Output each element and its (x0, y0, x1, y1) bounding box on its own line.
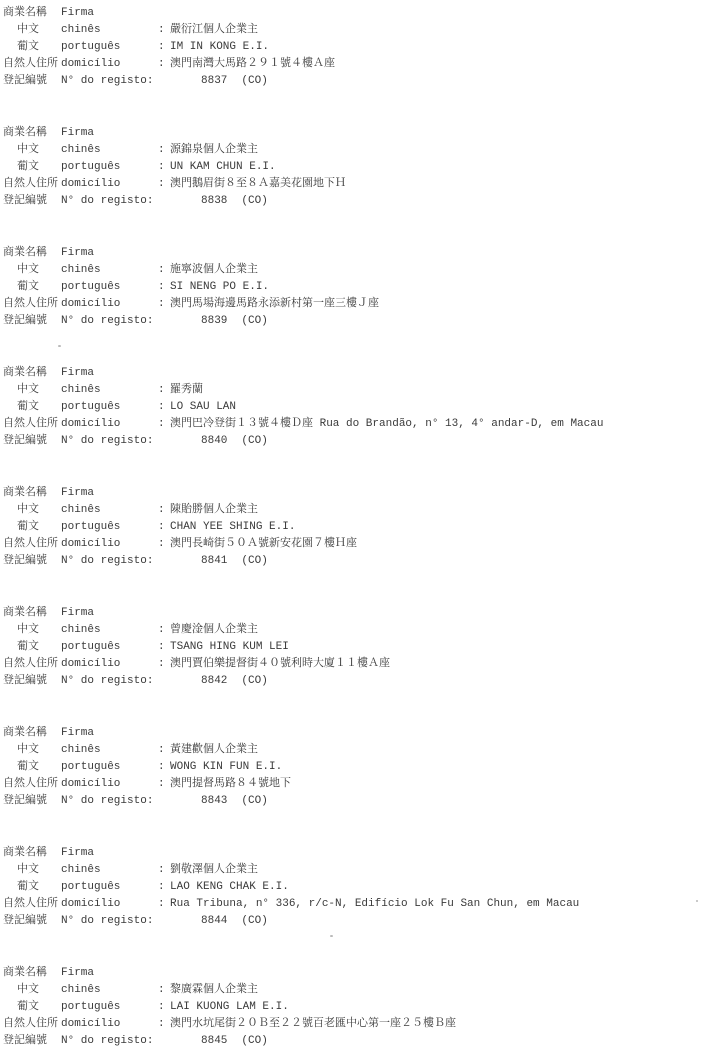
portuguese-label-zh: 葡文 (3, 159, 61, 176)
registration-label-pt: N° do registo: (61, 193, 171, 210)
registration-number: 8838 (201, 193, 227, 210)
chinese-name-value: 陳貽勝個人企業主 (170, 502, 717, 519)
domicile-label-zh: 自然人住所 (3, 896, 61, 913)
registration-line: 登記編號 N° do registo: 8844 (CO) (3, 913, 717, 930)
registry-record: 商業名稱 Firma 中文 chinês : 黎廣霖個人企業主 葡文 portu… (3, 965, 717, 1047)
domicile-label-zh: 自然人住所 (3, 536, 61, 553)
chinese-name-line: 中文 chinês : 黎廣霖個人企業主 (3, 982, 717, 999)
portuguese-name-line: 葡文 português : TSANG HING KUM LEI (3, 639, 717, 656)
scan-artifact (696, 900, 698, 902)
domicile-value: 澳門鵝眉街８至８Ａ嘉美花園地下Ｈ (170, 176, 717, 193)
registration-label-pt: N° do registo: (61, 913, 171, 930)
colon-separator: : (158, 502, 170, 519)
domicile-label-pt: domicílio (61, 896, 158, 913)
portuguese-label-pt: português (61, 879, 158, 896)
domicile-value: Rua Tribuna, n° 336, r/c-N, Edifício Lok… (170, 896, 717, 913)
chinese-name-value: 嚴衍江個人企業主 (170, 22, 717, 39)
colon-separator: : (158, 382, 170, 399)
business-name-line: 商業名稱 Firma (3, 125, 717, 142)
business-name-label-zh: 商業名稱 (3, 245, 61, 262)
chinese-label-zh: 中文 (3, 742, 61, 759)
registry-record: 商業名稱 Firma 中文 chinês : 施寧波個人企業主 葡文 portu… (3, 245, 717, 330)
business-name-label-zh: 商業名稱 (3, 365, 61, 382)
domicile-line: 自然人住所 domicílio : 澳門提督馬路８４號地下 (3, 776, 717, 793)
domicile-label-zh: 自然人住所 (3, 776, 61, 793)
colon-separator: : (158, 416, 170, 433)
chinese-name-value: 曾慶淦個人企業主 (170, 622, 717, 639)
registration-line: 登記編號 N° do registo: 8841 (CO) (3, 553, 717, 570)
domicile-line: 自然人住所 domicílio : 澳門賈伯樂提督街４０號利時大廈１１樓Ａ座 (3, 656, 717, 673)
colon-separator: : (158, 879, 170, 896)
colon-separator: : (158, 622, 170, 639)
colon-separator: : (158, 656, 170, 673)
portuguese-label-pt: português (61, 519, 158, 536)
domicile-value: 澳門長崎街５０Ａ號新安花園７樓Ｈ座 (170, 536, 717, 553)
chinese-label-zh: 中文 (3, 142, 61, 159)
portuguese-label-zh: 葡文 (3, 279, 61, 296)
portuguese-label-pt: português (61, 399, 158, 416)
chinese-name-line: 中文 chinês : 羅秀蘭 (3, 382, 717, 399)
domicile-label-pt: domicílio (61, 656, 158, 673)
chinese-label-zh: 中文 (3, 382, 61, 399)
domicile-label-pt: domicílio (61, 776, 158, 793)
business-name-label-zh: 商業名稱 (3, 605, 61, 622)
chinese-name-line: 中文 chinês : 黃建歡個人企業主 (3, 742, 717, 759)
domicile-value: 澳門提督馬路８４號地下 (170, 776, 717, 793)
domicile-line: 自然人住所 domicílio : 澳門南灣大馬路２９１號４樓Ａ座 (3, 56, 717, 73)
registration-suffix: (CO) (241, 1033, 267, 1047)
chinese-label-pt: chinês (61, 622, 158, 639)
domicile-value: 澳門馬場海邊馬路永添新村第一座三樓Ｊ座 (170, 296, 717, 313)
business-name-label-pt: Firma (61, 605, 158, 622)
portuguese-label-zh: 葡文 (3, 759, 61, 776)
chinese-name-line: 中文 chinês : 源錦泉個人企業主 (3, 142, 717, 159)
registration-number: 8841 (201, 553, 227, 570)
portuguese-label-pt: português (61, 279, 158, 296)
registry-record: 商業名稱 Firma 中文 chinês : 源錦泉個人企業主 葡文 portu… (3, 125, 717, 210)
registration-line: 登記編號 N° do registo: 8845 (CO) (3, 1033, 717, 1047)
registration-label-pt: N° do registo: (61, 673, 171, 690)
chinese-label-pt: chinês (61, 22, 158, 39)
domicile-label-pt: domicílio (61, 536, 158, 553)
registration-suffix: (CO) (241, 553, 267, 570)
registration-label-zh: 登記編號 (3, 73, 61, 90)
chinese-label-zh: 中文 (3, 862, 61, 879)
domicile-line: 自然人住所 domicílio : 澳門馬場海邊馬路永添新村第一座三樓Ｊ座 (3, 296, 717, 313)
colon-separator: : (158, 982, 170, 999)
chinese-label-pt: chinês (61, 262, 158, 279)
registration-line: 登記編號 N° do registo: 8837 (CO) (3, 73, 717, 90)
chinese-name-value: 黃建歡個人企業主 (170, 742, 717, 759)
scan-artifact (330, 935, 333, 937)
domicile-label-pt: domicílio (61, 1016, 158, 1033)
registry-record: 商業名稱 Firma 中文 chinês : 陳貽勝個人企業主 葡文 portu… (3, 485, 717, 570)
domicile-label-pt: domicílio (61, 296, 158, 313)
colon-separator: : (158, 39, 170, 56)
chinese-name-line: 中文 chinês : 曾慶淦個人企業主 (3, 622, 717, 639)
registration-number: 8845 (201, 1033, 227, 1047)
business-name-label-pt: Firma (61, 725, 158, 742)
chinese-name-value: 黎廣霖個人企業主 (170, 982, 717, 999)
business-name-line: 商業名稱 Firma (3, 965, 717, 982)
chinese-label-pt: chinês (61, 862, 158, 879)
portuguese-name-value: IM IN KONG E.I. (170, 39, 717, 56)
registration-label-zh: 登記編號 (3, 553, 61, 570)
registration-line: 登記編號 N° do registo: 8840 (CO) (3, 433, 717, 450)
portuguese-name-line: 葡文 português : LAO KENG CHAK E.I. (3, 879, 717, 896)
chinese-label-pt: chinês (61, 742, 158, 759)
portuguese-name-value: CHAN YEE SHING E.I. (170, 519, 717, 536)
colon-separator: : (158, 159, 170, 176)
registry-record: 商業名稱 Firma 中文 chinês : 羅秀蘭 葡文 português … (3, 365, 717, 450)
domicile-line: 自然人住所 domicílio : 澳門鵝眉街８至８Ａ嘉美花園地下Ｈ (3, 176, 717, 193)
business-name-line: 商業名稱 Firma (3, 845, 717, 862)
domicile-value: 澳門水坑尾街２０Ｂ至２２號百老匯中心第一座２５樓Ｂ座 (170, 1016, 717, 1033)
portuguese-name-value: WONG KIN FUN E.I. (170, 759, 717, 776)
colon-separator: : (158, 176, 170, 193)
business-name-label-pt: Firma (61, 845, 158, 862)
business-name-label-zh: 商業名稱 (3, 5, 61, 22)
portuguese-name-value: SI NENG PO E.I. (170, 279, 717, 296)
registration-line: 登記編號 N° do registo: 8839 (CO) (3, 313, 717, 330)
domicile-label-pt: domicílio (61, 176, 158, 193)
business-name-label-pt: Firma (61, 245, 158, 262)
registration-label-pt: N° do registo: (61, 793, 171, 810)
portuguese-label-pt: português (61, 639, 158, 656)
portuguese-name-line: 葡文 português : WONG KIN FUN E.I. (3, 759, 717, 776)
business-name-line: 商業名稱 Firma (3, 485, 717, 502)
chinese-label-pt: chinês (61, 502, 158, 519)
colon-separator: : (158, 742, 170, 759)
domicile-label-zh: 自然人住所 (3, 296, 61, 313)
registration-label-zh: 登記編號 (3, 1033, 61, 1047)
records-container: 商業名稱 Firma 中文 chinês : 嚴衍江個人企業主 葡文 portu… (3, 5, 717, 1047)
portuguese-label-pt: português (61, 999, 158, 1016)
registration-suffix: (CO) (241, 673, 267, 690)
registration-suffix: (CO) (241, 913, 267, 930)
registration-suffix: (CO) (241, 193, 267, 210)
domicile-value: 澳門巴冷登街１３號４樓Ｄ座 Rua do Brandão, n° 13, 4° … (170, 416, 717, 433)
portuguese-name-value: LO SAU LAN (170, 399, 717, 416)
registration-number: 8840 (201, 433, 227, 450)
registry-record: 商業名稱 Firma 中文 chinês : 曾慶淦個人企業主 葡文 portu… (3, 605, 717, 690)
portuguese-name-line: 葡文 português : CHAN YEE SHING E.I. (3, 519, 717, 536)
domicile-label-pt: domicílio (61, 416, 158, 433)
registration-label-pt: N° do registo: (61, 1033, 171, 1047)
domicile-label-zh: 自然人住所 (3, 656, 61, 673)
registration-line: 登記編號 N° do registo: 8843 (CO) (3, 793, 717, 810)
portuguese-name-line: 葡文 português : IM IN KONG E.I. (3, 39, 717, 56)
chinese-label-zh: 中文 (3, 262, 61, 279)
registration-number: 8837 (201, 73, 227, 90)
chinese-name-line: 中文 chinês : 施寧波個人企業主 (3, 262, 717, 279)
colon-separator: : (158, 759, 170, 776)
chinese-label-pt: chinês (61, 142, 158, 159)
portuguese-label-zh: 葡文 (3, 39, 61, 56)
registration-label-pt: N° do registo: (61, 73, 171, 90)
chinese-label-zh: 中文 (3, 22, 61, 39)
chinese-label-pt: chinês (61, 382, 158, 399)
registration-label-zh: 登記編號 (3, 313, 61, 330)
business-name-label-zh: 商業名稱 (3, 845, 61, 862)
registration-label-zh: 登記編號 (3, 913, 61, 930)
chinese-label-zh: 中文 (3, 622, 61, 639)
registry-record: 商業名稱 Firma 中文 chinês : 劉敬澤個人企業主 葡文 portu… (3, 845, 717, 930)
portuguese-label-zh: 葡文 (3, 639, 61, 656)
portuguese-name-value: TSANG HING KUM LEI (170, 639, 717, 656)
business-name-label-zh: 商業名稱 (3, 125, 61, 142)
business-name-label-pt: Firma (61, 965, 158, 982)
colon-separator: : (158, 279, 170, 296)
portuguese-label-zh: 葡文 (3, 999, 61, 1016)
portuguese-name-value: LAI KUONG LAM E.I. (170, 999, 717, 1016)
registration-number: 8839 (201, 313, 227, 330)
registration-line: 登記編號 N° do registo: 8838 (CO) (3, 193, 717, 210)
chinese-name-value: 劉敬澤個人企業主 (170, 862, 717, 879)
chinese-label-zh: 中文 (3, 502, 61, 519)
business-name-label-zh: 商業名稱 (3, 965, 61, 982)
domicile-label-pt: domicílio (61, 56, 158, 73)
registration-number: 8844 (201, 913, 227, 930)
chinese-name-value: 羅秀蘭 (170, 382, 717, 399)
chinese-name-line: 中文 chinês : 劉敬澤個人企業主 (3, 862, 717, 879)
registration-label-zh: 登記編號 (3, 433, 61, 450)
business-name-label-pt: Firma (61, 125, 158, 142)
colon-separator: : (158, 639, 170, 656)
business-name-label-zh: 商業名稱 (3, 725, 61, 742)
registry-document: 商業名稱 Firma 中文 chinês : 嚴衍江個人企業主 葡文 portu… (0, 0, 717, 1047)
business-name-line: 商業名稱 Firma (3, 245, 717, 262)
portuguese-name-line: 葡文 português : UN KAM CHUN E.I. (3, 159, 717, 176)
colon-separator: : (158, 262, 170, 279)
domicile-value: 澳門南灣大馬路２９１號４樓Ａ座 (170, 56, 717, 73)
business-name-line: 商業名稱 Firma (3, 605, 717, 622)
portuguese-label-zh: 葡文 (3, 879, 61, 896)
business-name-line: 商業名稱 Firma (3, 365, 717, 382)
registry-record: 商業名稱 Firma 中文 chinês : 嚴衍江個人企業主 葡文 portu… (3, 5, 717, 90)
chinese-name-line: 中文 chinês : 陳貽勝個人企業主 (3, 502, 717, 519)
domicile-label-zh: 自然人住所 (3, 1016, 61, 1033)
chinese-name-value: 施寧波個人企業主 (170, 262, 717, 279)
business-name-label-pt: Firma (61, 365, 158, 382)
chinese-label-zh: 中文 (3, 982, 61, 999)
business-name-label-pt: Firma (61, 485, 158, 502)
domicile-line: 自然人住所 domicílio : 澳門長崎街５０Ａ號新安花園７樓Ｈ座 (3, 536, 717, 553)
domicile-line: 自然人住所 domicílio : 澳門水坑尾街２０Ｂ至２２號百老匯中心第一座２… (3, 1016, 717, 1033)
portuguese-name-value: UN KAM CHUN E.I. (170, 159, 717, 176)
colon-separator: : (158, 999, 170, 1016)
registration-label-zh: 登記編號 (3, 673, 61, 690)
colon-separator: : (158, 142, 170, 159)
portuguese-name-line: 葡文 português : LAI KUONG LAM E.I. (3, 999, 717, 1016)
colon-separator: : (158, 536, 170, 553)
registration-suffix: (CO) (241, 433, 267, 450)
registration-line: 登記編號 N° do registo: 8842 (CO) (3, 673, 717, 690)
business-name-line: 商業名稱 Firma (3, 5, 717, 22)
registration-suffix: (CO) (241, 793, 267, 810)
domicile-label-zh: 自然人住所 (3, 176, 61, 193)
portuguese-name-line: 葡文 português : LO SAU LAN (3, 399, 717, 416)
colon-separator: : (158, 896, 170, 913)
registration-label-pt: N° do registo: (61, 313, 171, 330)
colon-separator: : (158, 296, 170, 313)
domicile-label-zh: 自然人住所 (3, 416, 61, 433)
colon-separator: : (158, 1016, 170, 1033)
portuguese-name-line: 葡文 português : SI NENG PO E.I. (3, 279, 717, 296)
portuguese-label-zh: 葡文 (3, 399, 61, 416)
business-name-label-zh: 商業名稱 (3, 485, 61, 502)
colon-separator: : (158, 776, 170, 793)
domicile-value: 澳門賈伯樂提督街４０號利時大廈１１樓Ａ座 (170, 656, 717, 673)
chinese-label-pt: chinês (61, 982, 158, 999)
chinese-name-value: 源錦泉個人企業主 (170, 142, 717, 159)
registration-number: 8843 (201, 793, 227, 810)
registration-label-pt: N° do registo: (61, 433, 171, 450)
colon-separator: : (158, 519, 170, 536)
domicile-line: 自然人住所 domicílio : 澳門巴冷登街１３號４樓Ｄ座 Rua do B… (3, 416, 717, 433)
registration-suffix: (CO) (241, 73, 267, 90)
business-name-label-pt: Firma (61, 5, 158, 22)
colon-separator: : (158, 399, 170, 416)
scan-artifact (58, 345, 61, 347)
domicile-label-zh: 自然人住所 (3, 56, 61, 73)
registration-number: 8842 (201, 673, 227, 690)
registration-label-pt: N° do registo: (61, 553, 171, 570)
portuguese-label-zh: 葡文 (3, 519, 61, 536)
portuguese-label-pt: português (61, 159, 158, 176)
portuguese-name-value: LAO KENG CHAK E.I. (170, 879, 717, 896)
portuguese-label-pt: português (61, 759, 158, 776)
registry-record: 商業名稱 Firma 中文 chinês : 黃建歡個人企業主 葡文 portu… (3, 725, 717, 810)
colon-separator: : (158, 862, 170, 879)
colon-separator: : (158, 56, 170, 73)
colon-separator: : (158, 22, 170, 39)
business-name-line: 商業名稱 Firma (3, 725, 717, 742)
portuguese-label-pt: português (61, 39, 158, 56)
chinese-name-line: 中文 chinês : 嚴衍江個人企業主 (3, 22, 717, 39)
domicile-line: 自然人住所 domicílio : Rua Tribuna, n° 336, r… (3, 896, 717, 913)
registration-suffix: (CO) (241, 313, 267, 330)
registration-label-zh: 登記編號 (3, 793, 61, 810)
registration-label-zh: 登記編號 (3, 193, 61, 210)
